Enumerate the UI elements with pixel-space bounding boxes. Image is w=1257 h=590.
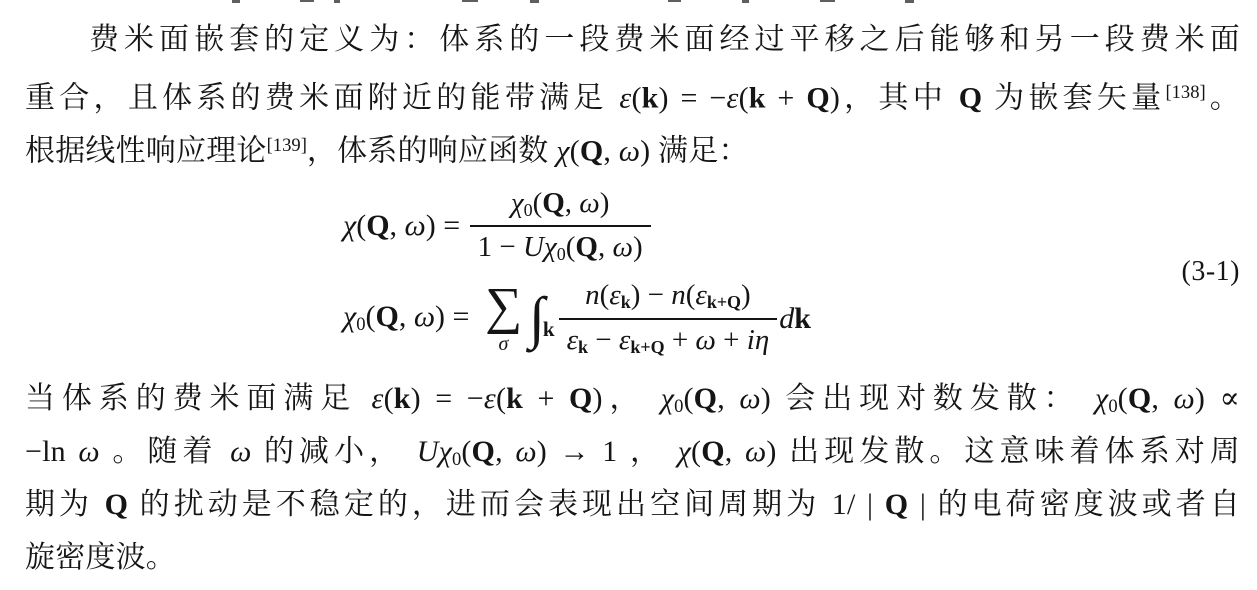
text-line-7: 旋密度波。 <box>25 531 1240 584</box>
text-line-5: −ln ω 。随着 ω 的减小， Uχ0(Q, ω) → 1 ， χ(Q, ω)… <box>25 425 1240 478</box>
text-line-6: 期为 Q 的扰动是不稳定的，进而会表现出空间周期为 1/ | Q | 的电荷密度… <box>25 478 1240 531</box>
integral-symbol: ∫ k <box>529 292 557 344</box>
eq1-lhs: χ(Q, ω) = <box>343 209 468 242</box>
text-line-4: 当体系的费米面满足 ε(k) = −ε(k + Q)， χ0(Q, ω) 会出现… <box>25 372 1240 425</box>
display-equation-block: χ(Q, ω) = χ0(Q, ω) 1 − Uχ0(Q, ω) χ0(Q, ω… <box>25 172 1240 372</box>
eq1-fraction: χ0(Q, ω) 1 − Uχ0(Q, ω) <box>470 185 651 267</box>
equation-bare-susceptibility: χ0(Q, ω) = ∑ σ ∫ k n(εk) − n(εk+Q) εk − … <box>343 277 811 359</box>
eq2-denominator: εk − εk+Q + ω + iη <box>559 318 778 360</box>
text-line-1: 费米面嵌套的定义为：体系的一段费米面经过平移之后能够和另一段费米面 <box>25 13 1240 66</box>
equation-rpa-susceptibility: χ(Q, ω) = χ0(Q, ω) 1 − Uχ0(Q, ω) <box>343 185 653 267</box>
eq1-numerator: χ0(Q, ω) <box>503 185 618 226</box>
integral-subscript: k <box>543 319 555 340</box>
sum-index: σ <box>499 334 509 354</box>
document-page: 费米面嵌套的定义为：体系的一段费米面经过平移之后能够和另一段费米面 重合，且体系… <box>0 0 1257 590</box>
eq2-fraction: n(εk) − n(εk+Q) εk − εk+Q + ω + iη <box>559 277 778 359</box>
eq2-numerator: n(εk) − n(εk+Q) <box>577 277 759 318</box>
sigma-sum-icon: ∑ <box>485 282 522 331</box>
eq2-differential: dk <box>779 302 811 335</box>
text-line-2: 重合，且体系的费米面附近的能带满足 ε(k) = −ε(k + Q)，其中 Q … <box>25 66 1240 119</box>
equation-group: χ(Q, ω) = χ0(Q, ω) 1 − Uχ0(Q, ω) χ0(Q, ω… <box>343 185 811 360</box>
eq1-denominator: 1 − Uχ0(Q, ω) <box>470 225 651 267</box>
summation-symbol: ∑ σ <box>485 282 522 353</box>
eq2-lhs: χ0(Q, ω) = <box>343 300 477 336</box>
equation-number: (3-1) <box>1182 256 1240 288</box>
text-line-3: 根据线性响应理论[139]，体系的响应函数 χ(Q, ω) 满足： <box>25 119 1240 172</box>
